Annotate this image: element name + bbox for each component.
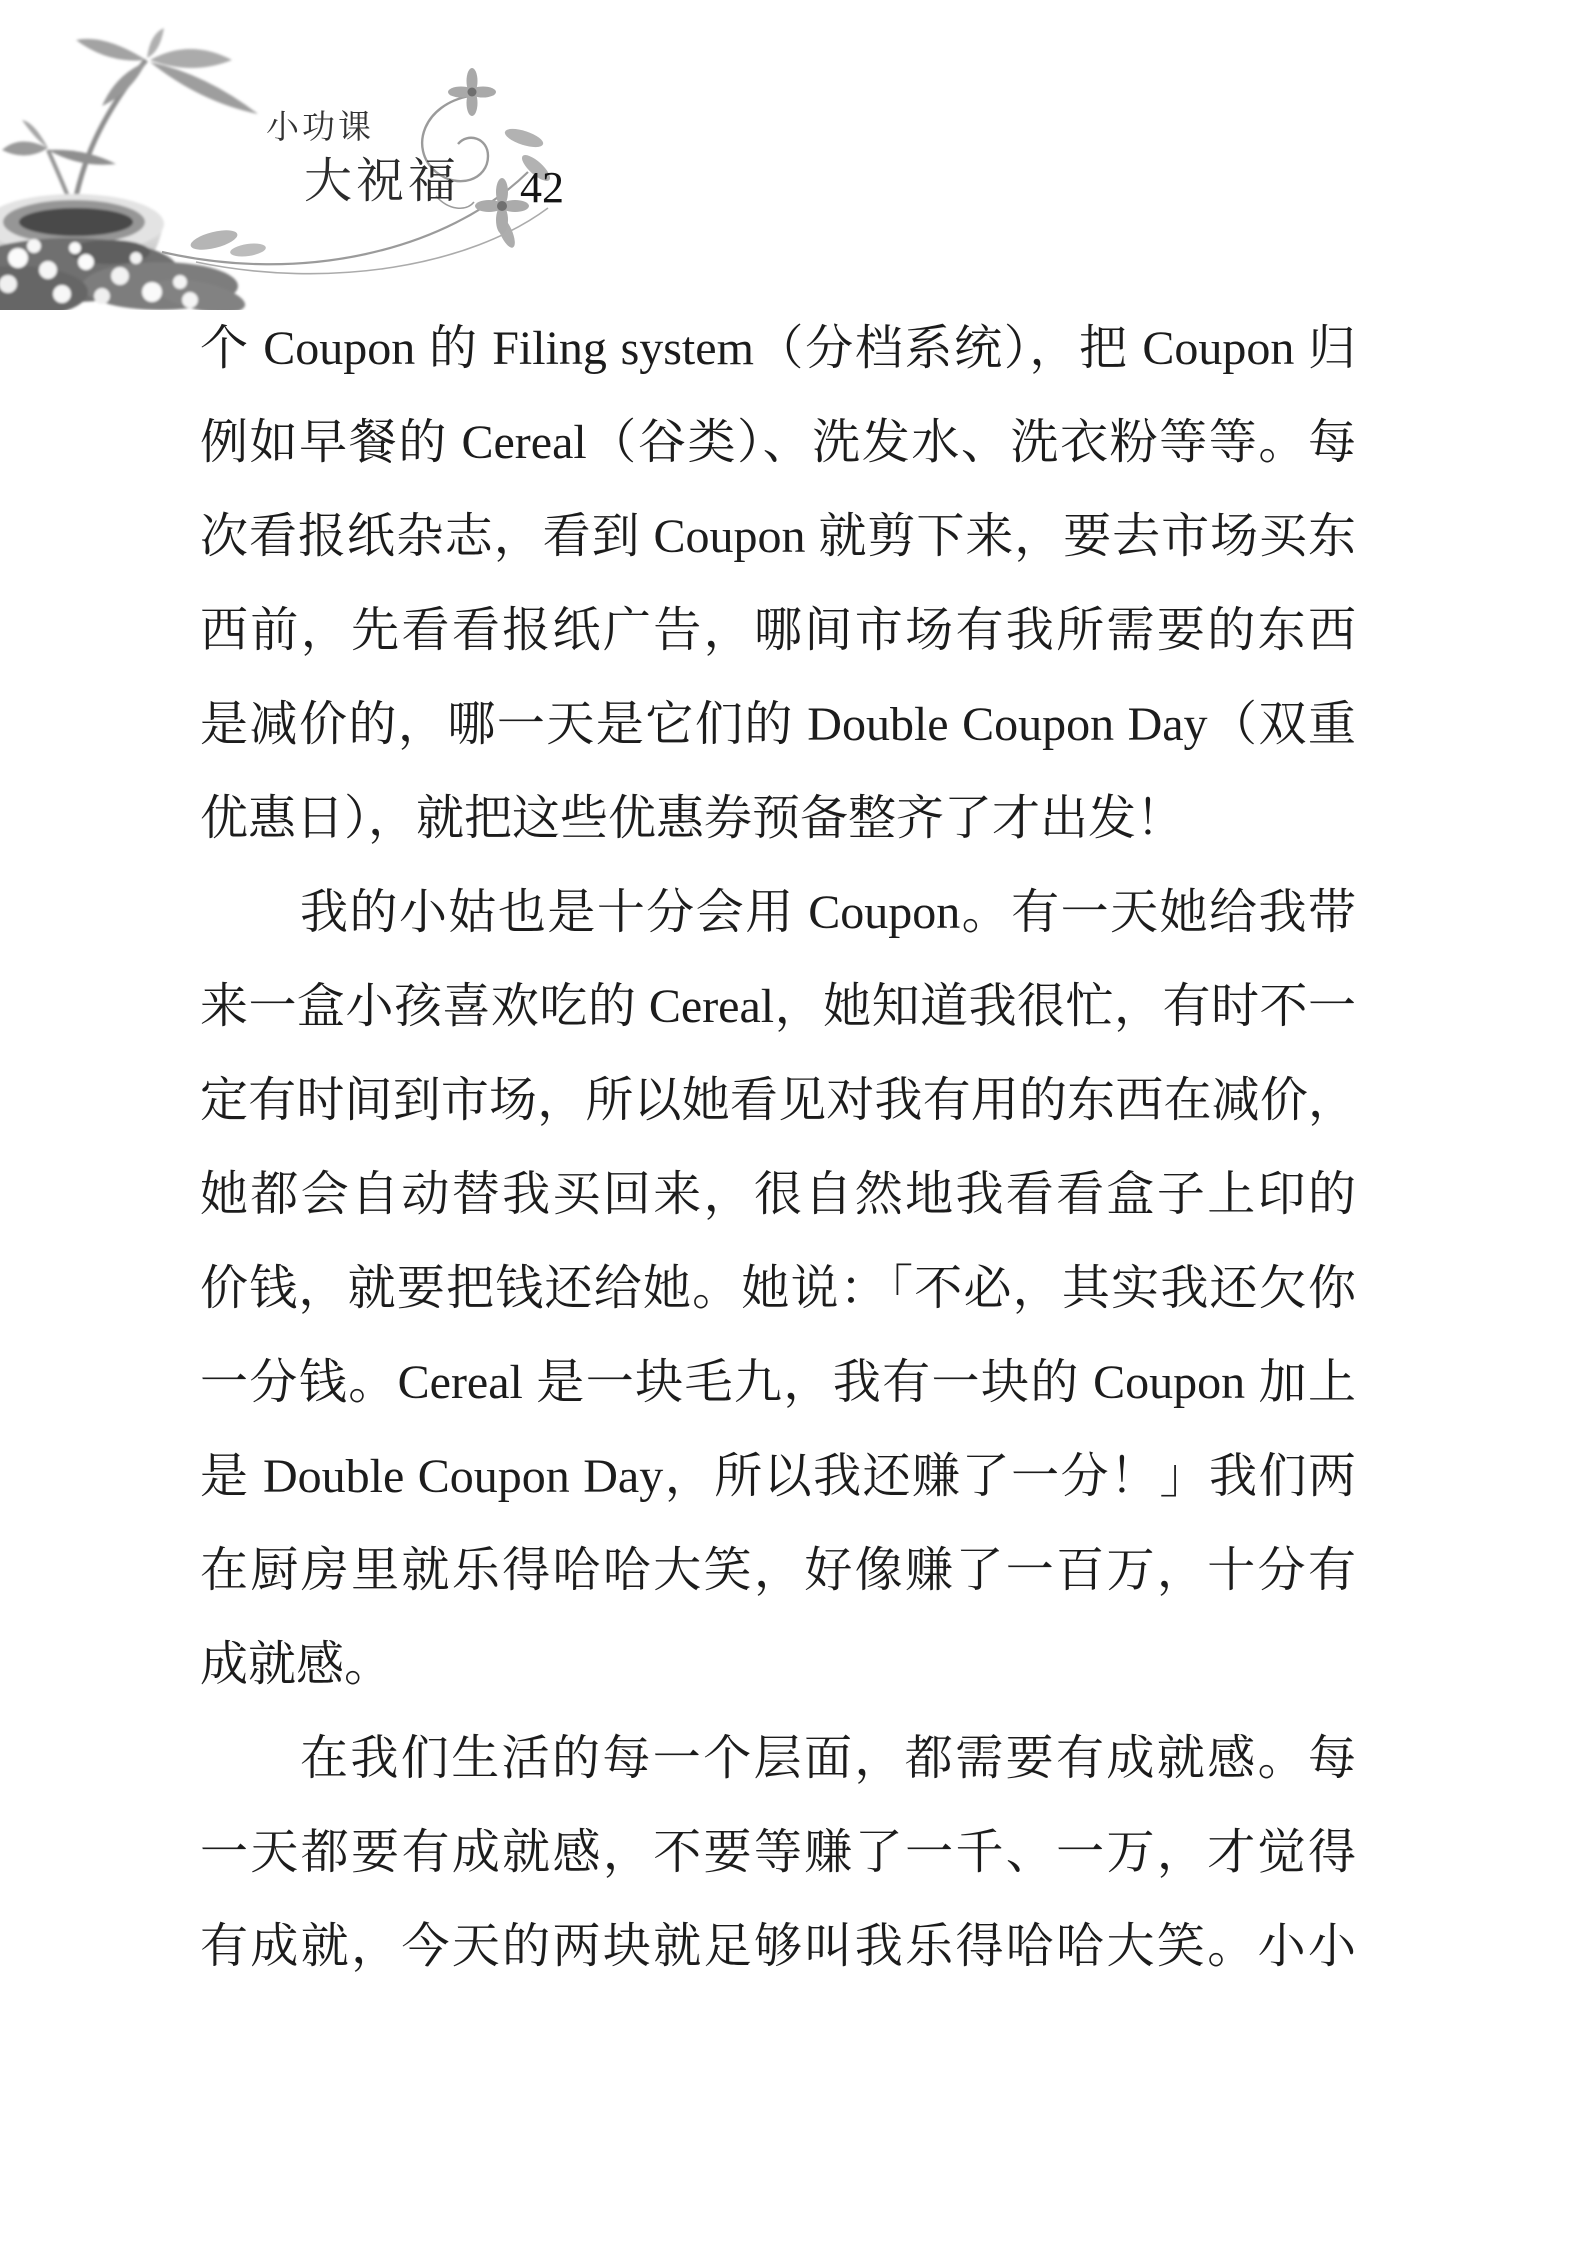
text-line: 我的小姑也是十分会用 Coupon。有一天她给我带 [200, 866, 1356, 960]
text-line: 在厨房里就乐得哈哈大笑，好像赚了一百万，十分有 [200, 1524, 1356, 1618]
text-line: 定有时间到市场，所以她看见对我有用的东西在减价， [200, 1054, 1356, 1148]
text-line: 成就感。 [200, 1618, 1356, 1712]
header-title-large: 大祝福 [304, 142, 460, 211]
plant-group [0, 28, 258, 310]
text-line: 西前，先看看报纸广告，哪间市场有我所需要的东西 [200, 584, 1356, 678]
page-header: 小功课 大祝福 42 [0, 0, 1571, 310]
text-line: 她都会自动替我买回来，很自然地我看看盒子上印的 [200, 1148, 1356, 1242]
text-line: 一分钱。Cereal 是一块毛九，我有一块的 Coupon 加上 [200, 1336, 1356, 1430]
text-line: 是 Double Coupon Day，所以我还赚了一分！」我们两人 [200, 1430, 1356, 1524]
header-title-small: 小功课 [266, 101, 374, 148]
book-page: 小功课 大祝福 42 个 Coupon 的 Filing system（分档系统… [0, 0, 1571, 2256]
text-line: 价钱，就要把钱还给她。她说：「不必，其实我还欠你 [200, 1242, 1356, 1336]
text-line: 次看报纸杂志，看到 Coupon 就剪下来，要去市场买东 [200, 490, 1356, 584]
text-line: 有成就，今天的两块就足够叫我乐得哈哈大笑。小小 [200, 1900, 1356, 1994]
text-line: 优惠日），就把这些优惠券预备整齐了才出发！ [200, 772, 1356, 866]
flower-icon [448, 68, 496, 116]
text-line: 个 Coupon 的 Filing system（分档系统），把 Coupon … [200, 302, 1356, 396]
body-text: 个 Coupon 的 Filing system（分档系统），把 Coupon … [200, 302, 1356, 1994]
text-line: 是减价的，哪一天是它们的 Double Coupon Day（双重 [200, 678, 1356, 772]
text-line: 来一盒小孩喜欢吃的 Cereal，她知道我很忙，有时不一 [200, 960, 1356, 1054]
text-line: 在我们生活的每一个层面，都需要有成就感。每 [200, 1712, 1356, 1806]
text-line: 一天都要有成就感，不要等赚了一千、一万，才觉得 [200, 1806, 1356, 1900]
text-line: 例如早餐的 Cereal（谷类）、洗发水、洗衣粉等等。每 [200, 396, 1356, 490]
page-number: 42 [520, 162, 564, 213]
